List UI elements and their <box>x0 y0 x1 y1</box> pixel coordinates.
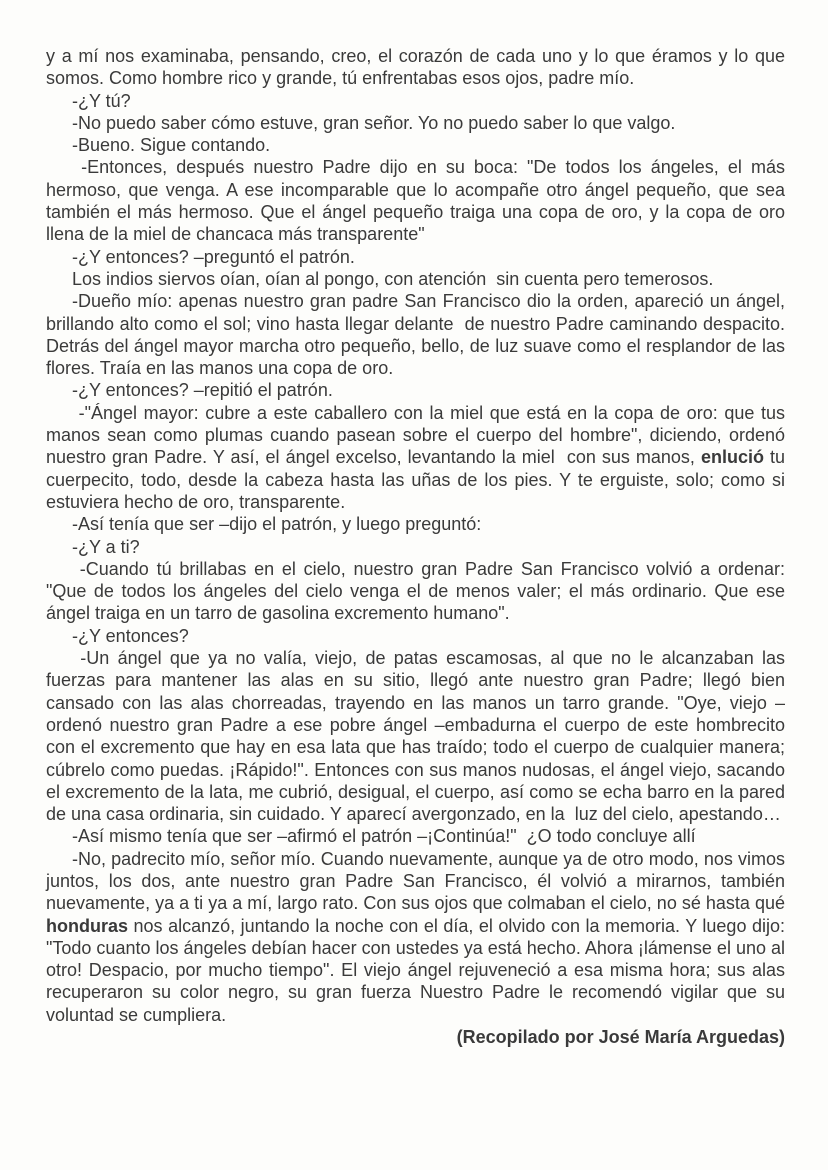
text-run: -Así mismo tenía que ser –afirmó el patr… <box>72 826 696 846</box>
text-run: -Cuando tú brillabas en el cielo, nuestr… <box>46 559 785 624</box>
document-page: y a mí nos examinaba, pensando, creo, el… <box>0 0 828 1170</box>
paragraph: y a mí nos examinaba, pensando, creo, el… <box>46 45 785 90</box>
paragraph: -"Ángel mayor: cubre a este caballero co… <box>46 402 785 513</box>
text-run: -Bueno. Sigue contando. <box>72 135 270 155</box>
paragraph: -Así tenía que ser –dijo el patrón, y lu… <box>46 513 785 535</box>
paragraph: -¿Y entonces? –preguntó el patrón. <box>46 246 785 268</box>
paragraph: -Bueno. Sigue contando. <box>46 134 785 156</box>
text-run: -Dueño mío: apenas nuestro gran padre Sa… <box>46 291 785 378</box>
paragraph: -Un ángel que ya no valía, viejo, de pat… <box>46 647 785 825</box>
bold-text-run: (Recopilado por José María Arguedas) <box>457 1027 785 1047</box>
paragraph: -Cuando tú brillabas en el cielo, nuestr… <box>46 558 785 625</box>
text-run: -¿Y entonces? <box>72 626 189 646</box>
text-run: -¿Y entonces? –repitió el patrón. <box>72 380 333 400</box>
paragraph: -Dueño mío: apenas nuestro gran padre Sa… <box>46 290 785 379</box>
text-run: -"Ángel mayor: cubre a este caballero co… <box>46 403 785 468</box>
paragraph: -¿Y a ti? <box>46 536 785 558</box>
bold-text-run: honduras <box>46 916 128 936</box>
bold-text-run: enlució <box>701 447 764 467</box>
text-run: -Un ángel que ya no valía, viejo, de pat… <box>46 648 785 824</box>
attribution-line: (Recopilado por José María Arguedas) <box>46 1026 785 1048</box>
text-run: -No puedo saber cómo estuve, gran señor.… <box>72 113 675 133</box>
text-run: -¿Y tú? <box>72 91 131 111</box>
text-run: nos alcanzó, juntando la noche con el dí… <box>46 916 785 1025</box>
text-run: -No, padrecito mío, señor mío. Cuando nu… <box>46 849 785 914</box>
text-run: -¿Y a ti? <box>72 537 140 557</box>
text-run: -Así tenía que ser –dijo el patrón, y lu… <box>72 514 481 534</box>
paragraph: -No, padrecito mío, señor mío. Cuando nu… <box>46 848 785 1026</box>
document-body: y a mí nos examinaba, pensando, creo, el… <box>46 45 785 1048</box>
paragraph: -¿Y entonces? <box>46 625 785 647</box>
paragraph: -Así mismo tenía que ser –afirmó el patr… <box>46 825 785 847</box>
text-run: Los indios siervos oían, oían al pongo, … <box>72 269 713 289</box>
text-run: -Entonces, después nuestro Padre dijo en… <box>46 157 785 244</box>
text-run: -¿Y entonces? –preguntó el patrón. <box>72 247 355 267</box>
paragraph: Los indios siervos oían, oían al pongo, … <box>46 268 785 290</box>
paragraph: -¿Y entonces? –repitió el patrón. <box>46 379 785 401</box>
paragraph: -¿Y tú? <box>46 90 785 112</box>
text-run: y a mí nos examinaba, pensando, creo, el… <box>46 46 785 88</box>
paragraph: -No puedo saber cómo estuve, gran señor.… <box>46 112 785 134</box>
paragraph: -Entonces, después nuestro Padre dijo en… <box>46 156 785 245</box>
